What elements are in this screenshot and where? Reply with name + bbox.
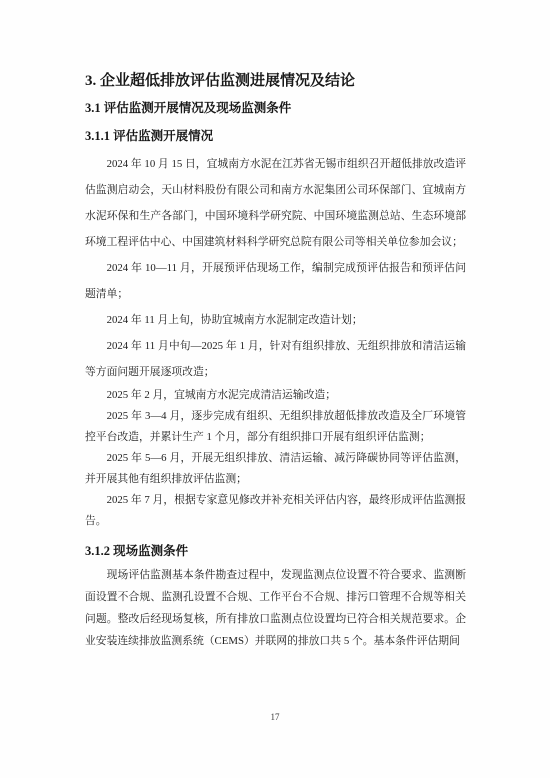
paragraph-renovation-plan: 2024 年 11 月上旬，协助宜城南方水泥制定改造计划；: [85, 307, 466, 333]
paragraph-final-report: 2025 年 7 月，根据专家意见修改并补充相关评估内容，最终形成评估监测报告。: [85, 490, 466, 532]
subsection-3-1-1-heading: 3.1.1 评估监测开展情况: [85, 126, 466, 146]
paragraph-pre-evaluation: 2024 年 10—11 月，开展预评估现场工作，编制完成预评估报告和预评估问题…: [85, 255, 466, 307]
paragraph-site-monitoring-conditions: 现场评估监测基本条件勘查过程中，发现监测点位设置不符合要求、监测断面设置不合规、…: [85, 564, 466, 652]
document-page: 3. 企业超低排放评估监测进展情况及结论 3.1 评估监测开展情况及现场监测条件…: [0, 0, 550, 778]
section-3-1-heading: 3.1 评估监测开展情况及现场监测条件: [85, 98, 466, 118]
paragraph-itemized-renovation: 2024 年 11 月中旬—2025 年 1 月，针对有组织排放、无组织排放和清…: [85, 333, 466, 385]
subsection-3-1-2-heading: 3.1.2 现场监测条件: [85, 541, 466, 561]
paragraph-clean-transport-done: 2025 年 2 月，宜城南方水泥完成清洁运输改造；: [85, 385, 466, 406]
document-content: 3. 企业超低排放评估监测进展情况及结论 3.1 评估监测开展情况及现场监测条件…: [85, 70, 466, 652]
paragraph-unorganized-emission-monitoring: 2025 年 5—6 月，开展无组织排放、清洁运输、减污降碳协同等评估监测，并开…: [85, 448, 466, 490]
paragraph-kickoff-meeting: 2024 年 10 月 15 日，宜城南方水泥在江苏省无锡市组织召开超低排放改造…: [85, 151, 466, 255]
page-number: 17: [0, 710, 550, 724]
paragraph-organized-emission-monitoring: 2025 年 3—4 月，逐步完成有组织、无组织排放超低排放改造及全厂环境管控平…: [85, 406, 466, 448]
chapter-heading: 3. 企业超低排放评估监测进展情况及结论: [85, 70, 466, 92]
